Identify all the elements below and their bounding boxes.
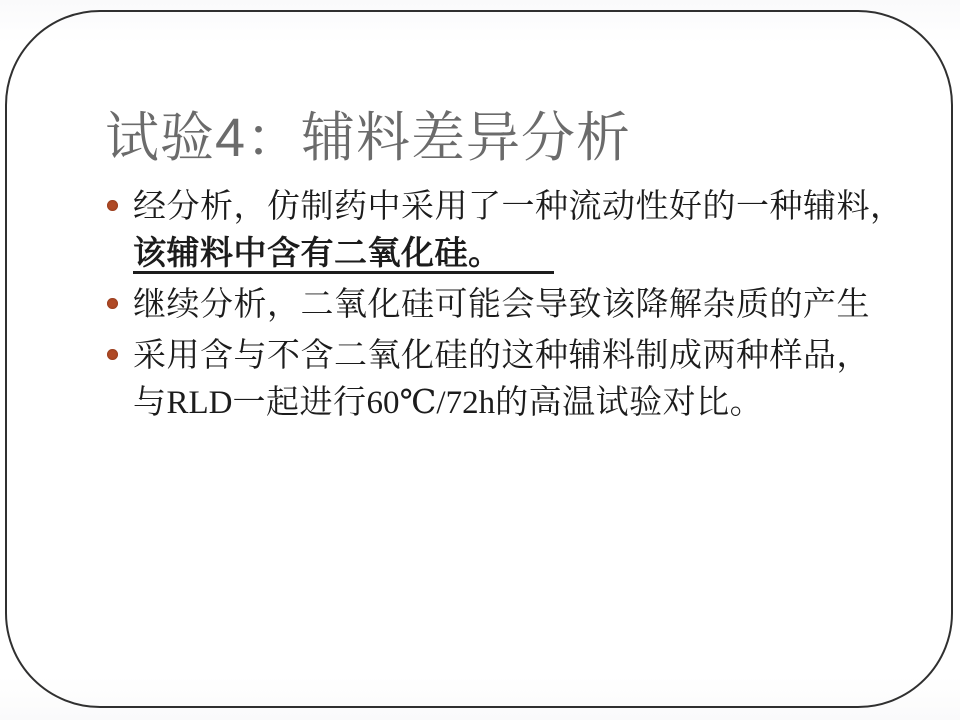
list-item: 经分析，仿制药中采用了一种流动性好的一种辅料， 该辅料中含有二氧化硅。 — [107, 182, 919, 276]
bullet-text: 采用含与不含二氧化硅的这种辅料制成两种样品， 与RLD一起进行60℃/72h的高… — [133, 331, 870, 427]
bullet1-line1: 经分析，仿制药中采用了一种流动性好的一种辅料， — [133, 187, 904, 224]
bullet3-seg-cn1: 与 — [133, 383, 167, 420]
bullet1-line2-underlined: 该辅料中含有二氧化硅。 — [133, 234, 554, 274]
bullet-text: 经分析，仿制药中采用了一种流动性好的一种辅料， 该辅料中含有二氧化硅。 — [133, 182, 904, 276]
bullet-text: 继续分析，二氧化硅可能会导致该降解杂质的产生 — [133, 280, 870, 327]
list-item: 采用含与不含二氧化硅的这种辅料制成两种样品， 与RLD一起进行60℃/72h的高… — [107, 331, 919, 427]
bullet-list: 经分析，仿制药中采用了一种流动性好的一种辅料， 该辅料中含有二氧化硅。 继续分析… — [107, 182, 919, 431]
bullet2-text: 继续分析，二氧化硅可能会导致该降解杂质的产生 — [133, 285, 870, 322]
bullet3-seg-temp: 60℃/72h — [367, 385, 496, 421]
bullet3-seg-cn2: 一起进行 — [233, 383, 367, 420]
bullet3-seg-rld: RLD — [167, 385, 233, 421]
bullet3-line1: 采用含与不含二氧化硅的这种辅料制成两种样品， — [133, 336, 870, 373]
bullet-dot-icon — [107, 298, 118, 309]
list-item: 继续分析，二氧化硅可能会导致该降解杂质的产生 — [107, 280, 919, 327]
page-title: 试验4：辅料差异分析 — [105, 100, 631, 176]
bullet-dot-icon — [107, 200, 118, 211]
bullet3-seg-cn3: 的高温试验对比。 — [495, 383, 763, 420]
bullet-dot-icon — [107, 349, 118, 360]
